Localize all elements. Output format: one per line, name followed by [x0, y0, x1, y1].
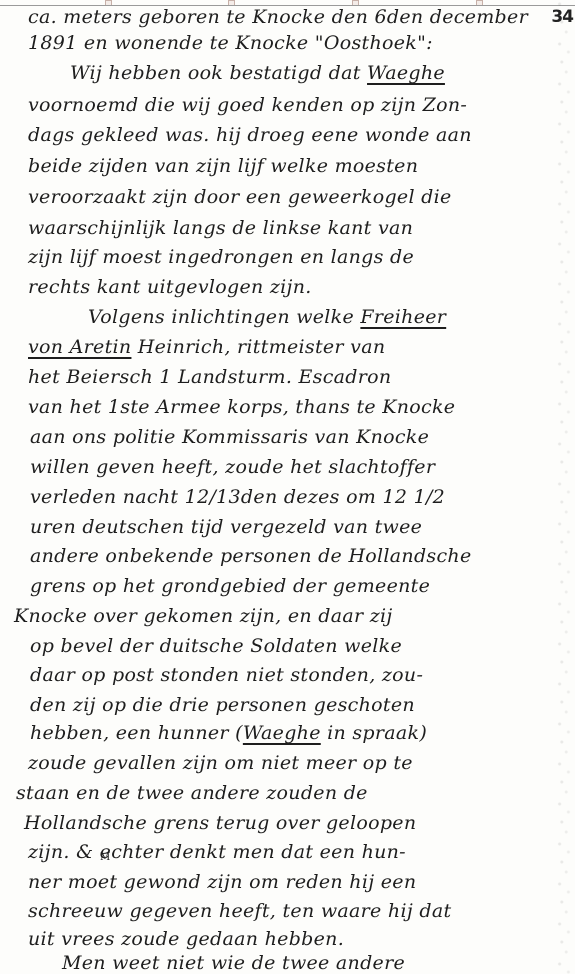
underlined-name: von Aretin	[28, 336, 131, 358]
page-number: 34	[551, 7, 573, 27]
underlined-name: Freiheer	[360, 306, 446, 328]
handwritten-line-13: het Beiersch 1 Landsturm. Escadron	[28, 366, 391, 388]
handwritten-line-1: ca. meters geboren te Knocke den 6den de…	[28, 6, 528, 28]
handwritten-line-32: uit vrees zoude gedaan hebben.	[28, 928, 344, 950]
margin-annotation: M	[100, 852, 111, 863]
handwritten-line-12: von Aretin Heinrich, rittmeister van	[28, 336, 385, 358]
handwritten-line-27: staan en de twee andere zouden de	[16, 782, 368, 804]
handwritten-line-30: ner moet gewond zijn om reden hij een	[28, 871, 416, 893]
underlined-name: Waeghe	[243, 722, 321, 744]
handwritten-line-18: uren deutschen tijd vergezeld van twee	[30, 516, 422, 538]
handwritten-line-33: Men weet niet wie de twee andere	[62, 952, 405, 974]
handwritten-line-5: dags gekleed was. hij droeg eene wonde a…	[28, 124, 472, 146]
handwritten-line-19: andere onbekende personen de Hollandsche	[30, 545, 472, 567]
handwritten-line-29: zijn. & echter denkt men dat een hun-	[28, 841, 406, 863]
handwritten-line-11: Volgens inlichtingen welke Freiheer	[88, 306, 446, 328]
underlined-name: Waeghe	[367, 62, 445, 84]
handwritten-line-14: van het 1ste Armee korps, thans te Knock…	[28, 396, 455, 418]
scanned-document-page: 34 ca. meters geboren te Knocke den 6den…	[0, 0, 575, 974]
handwritten-line-21: Knocke over gekomen zijn, en daar zij	[14, 605, 393, 627]
handwritten-line-7: veroorzaakt zijn door een geweerkogel di…	[28, 186, 452, 208]
handwritten-line-17: verleden nacht 12/13den dezes om 12 1/2	[30, 486, 445, 508]
handwritten-line-3: Wij hebben ook bestatigd dat Waeghe	[70, 62, 445, 84]
handwritten-line-28: Hollandsche grens terug over geloopen	[24, 812, 416, 834]
handwritten-line-16: willen geven heeft, zoude het slachtoffe…	[30, 456, 435, 478]
handwritten-line-20: grens op het grondgebied der gemeente	[30, 575, 430, 597]
handwritten-line-26: zoude gevallen zijn om niet meer op te	[28, 752, 413, 774]
handwritten-line-2: 1891 en wonende te Knocke "Oosthoek":	[28, 32, 433, 54]
handwritten-line-9: zijn lijf moest ingedrongen en langs de	[28, 246, 414, 268]
handwritten-line-31: schreeuw gegeven heeft, ten waare hij da…	[28, 900, 451, 922]
handwritten-line-25: hebben, een hunner (Waeghe in spraak)	[30, 722, 427, 744]
handwritten-line-22: op bevel der duitsche Soldaten welke	[30, 635, 402, 657]
handwritten-line-4: voornoemd die wij goed kenden op zijn Zo…	[28, 94, 467, 116]
handwritten-line-23: daar op post stonden niet stonden, zou-	[30, 664, 423, 686]
handwritten-line-10: rechts kant uitgevlogen zijn.	[28, 276, 312, 298]
scan-edge-noise	[553, 0, 575, 974]
handwritten-line-6: beide zijden van zijn lijf welke moesten	[28, 155, 418, 177]
handwritten-line-24: den zij op die drie personen geschoten	[30, 694, 415, 716]
handwritten-line-15: aan ons politie Kommissaris van Knocke	[30, 426, 429, 448]
handwritten-line-8: waarschijnlijk langs de linkse kant van	[28, 217, 413, 239]
